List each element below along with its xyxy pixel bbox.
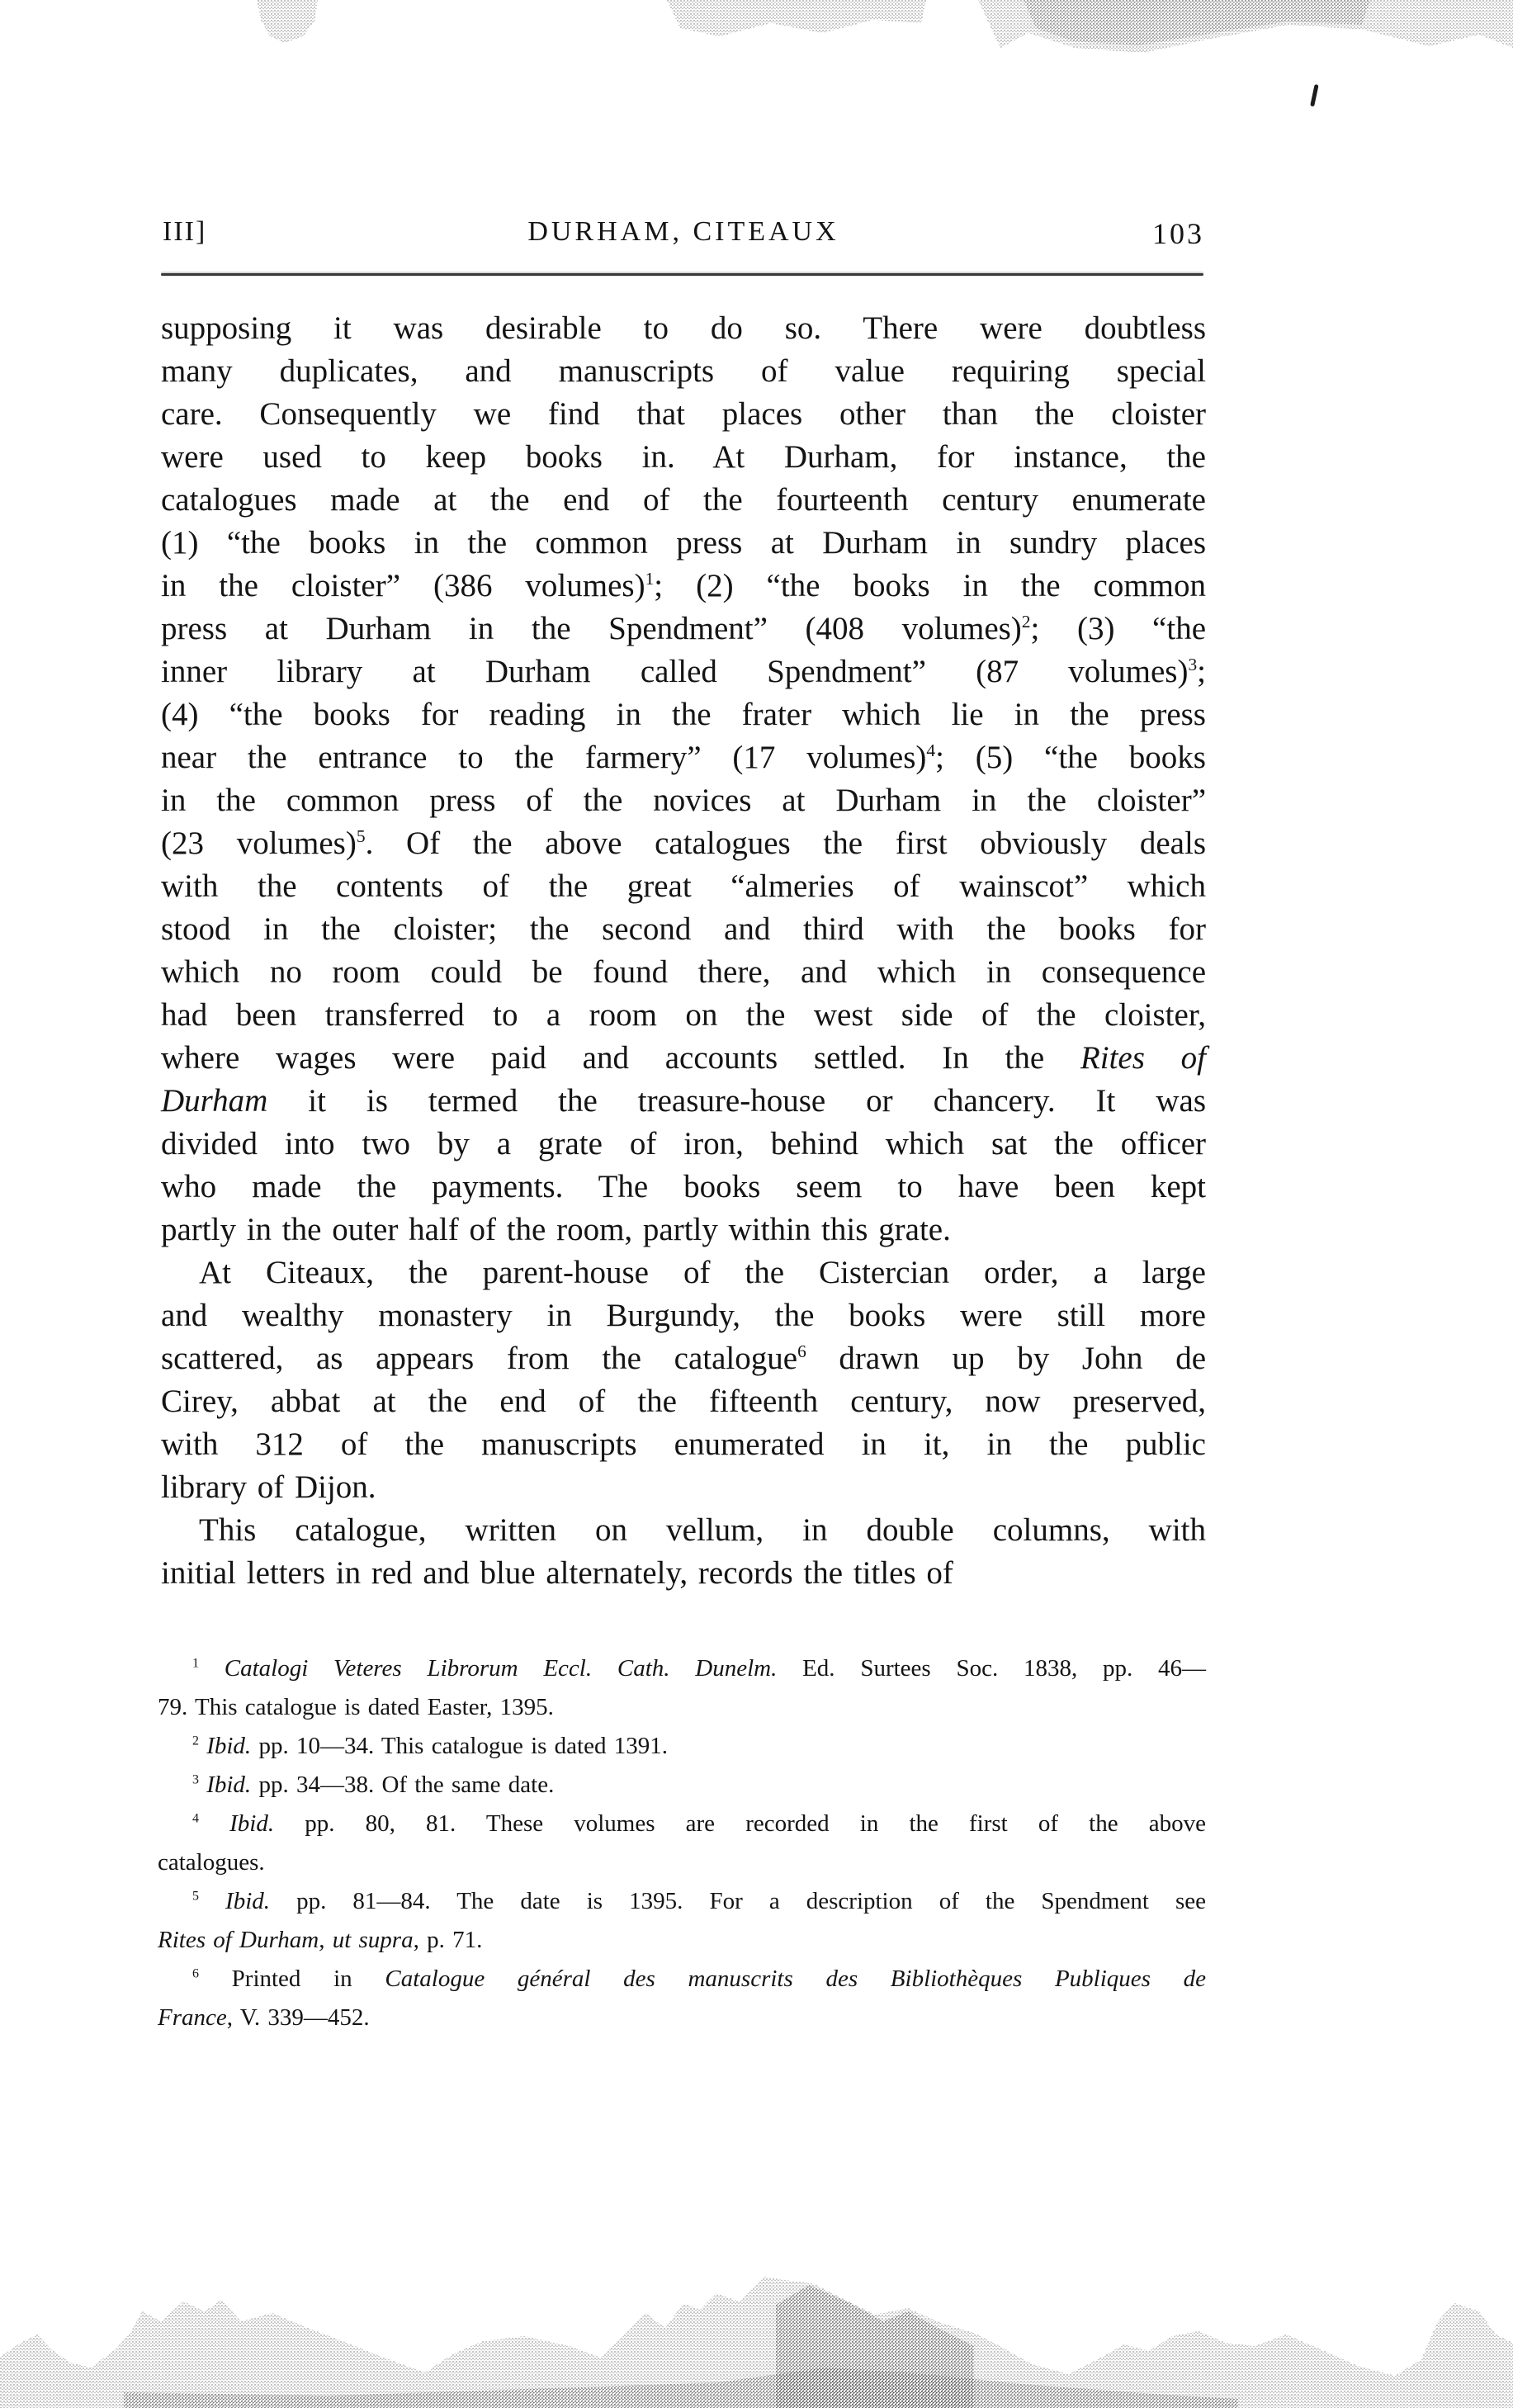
head-rule — [161, 273, 1203, 276]
text-line: Durham it is termed the treasure-house o… — [161, 1080, 1206, 1123]
text-line: 5 Ibid. pp. 81—84. The date is 1395. For… — [158, 1882, 1206, 1921]
text-line: in the common press of the novices at Du… — [161, 779, 1206, 822]
text-line: Cirey, abbat at the end of the fifteenth… — [161, 1380, 1206, 1423]
text-line: partly in the outer half of the room, pa… — [161, 1209, 1206, 1251]
text-line: Rites of Durham, ut supra, p. 71. — [158, 1921, 1206, 1960]
text-line: 2 Ibid. pp. 10—34. This catalogue is dat… — [158, 1727, 1206, 1766]
text-line: had been transferred to a room on the we… — [161, 994, 1206, 1037]
text-line: 1 Catalogi Veteres Librorum Eccl. Cath. … — [158, 1649, 1206, 1688]
paragraph: 5 Ibid. pp. 81—84. The date is 1395. For… — [158, 1882, 1206, 1960]
scanned-book-page: III] DURHAM, CITEAUX 103 supposing it wa… — [0, 0, 1513, 2408]
paragraph: supposing it was desirable to do so. The… — [161, 307, 1206, 1251]
text-line: This catalogue, written on vellum, in do… — [161, 1509, 1206, 1552]
text-line: care. Consequently we find that places o… — [161, 393, 1206, 436]
body-text: supposing it was desirable to do so. The… — [161, 307, 1206, 1595]
paragraph: 1 Catalogi Veteres Librorum Eccl. Cath. … — [158, 1649, 1206, 1727]
text-line: 3 Ibid. pp. 34—38. Of the same date. — [158, 1766, 1206, 1805]
text-line: who made the payments. The books seem to… — [161, 1166, 1206, 1209]
text-line: in the cloister” (386 volumes)1; (2) “th… — [161, 565, 1206, 608]
text-line: At Citeaux, the parent-house of the Cist… — [161, 1251, 1206, 1294]
text-line: scattered, as appears from the catalogue… — [161, 1337, 1206, 1380]
text-line: library of Dijon. — [161, 1466, 1206, 1509]
text-line: press at Durham in the Spendment” (408 v… — [161, 608, 1206, 650]
text-line: catalogues made at the end of the fourte… — [161, 479, 1206, 522]
text-line: catalogues. — [158, 1843, 1206, 1882]
text-line: (1) “the books in the common press at Du… — [161, 522, 1206, 565]
text-line: many duplicates, and manuscripts of valu… — [161, 350, 1206, 393]
text-line: with the contents of the great “almeries… — [161, 865, 1206, 908]
text-line: (23 volumes)5. Of the above catalogues t… — [161, 822, 1206, 865]
text-line: which no room could be found there, and … — [161, 951, 1206, 994]
text-line: with 312 of the manuscripts enumerated i… — [161, 1423, 1206, 1466]
paragraph: 4 Ibid. pp. 80, 81. These volumes are re… — [158, 1805, 1206, 1882]
page-number: 103 — [1152, 216, 1204, 251]
footnotes: 1 Catalogi Veteres Librorum Eccl. Cath. … — [158, 1649, 1206, 2037]
paragraph: 3 Ibid. pp. 34—38. Of the same date. — [158, 1766, 1206, 1805]
text-line: were used to keep books in. At Durham, f… — [161, 436, 1206, 479]
text-line: 6 Printed in Catalogue général des manus… — [158, 1960, 1206, 1999]
text-line: and wealthy monastery in Burgundy, the b… — [161, 1294, 1206, 1337]
running-head: III] DURHAM, CITEAUX 103 — [161, 216, 1206, 251]
text-line: 4 Ibid. pp. 80, 81. These volumes are re… — [158, 1805, 1206, 1843]
text-line: near the entrance to the farmery” (17 vo… — [161, 736, 1206, 779]
text-line: (4) “the books for reading in the frater… — [161, 693, 1206, 736]
paragraph: This catalogue, written on vellum, in do… — [161, 1509, 1206, 1595]
paragraph: At Citeaux, the parent-house of the Cist… — [161, 1251, 1206, 1509]
text-line: initial letters in red and blue alternat… — [161, 1552, 1206, 1595]
text-line: 79. This catalogue is dated Easter, 1395… — [158, 1688, 1206, 1727]
text-line: stood in the cloister; the second and th… — [161, 908, 1206, 951]
text-line: where wages were paid and accounts settl… — [161, 1037, 1206, 1080]
running-head-title: DURHAM, CITEAUX — [161, 216, 1206, 248]
text-line: divided into two by a grate of iron, beh… — [161, 1123, 1206, 1166]
text-line: supposing it was desirable to do so. The… — [161, 307, 1206, 350]
paragraph: 6 Printed in Catalogue général des manus… — [158, 1960, 1206, 2037]
text-line: inner library at Durham called Spendment… — [161, 650, 1206, 693]
text-line: France, V. 339—452. — [158, 1999, 1206, 2037]
paragraph: 2 Ibid. pp. 10—34. This catalogue is dat… — [158, 1727, 1206, 1766]
